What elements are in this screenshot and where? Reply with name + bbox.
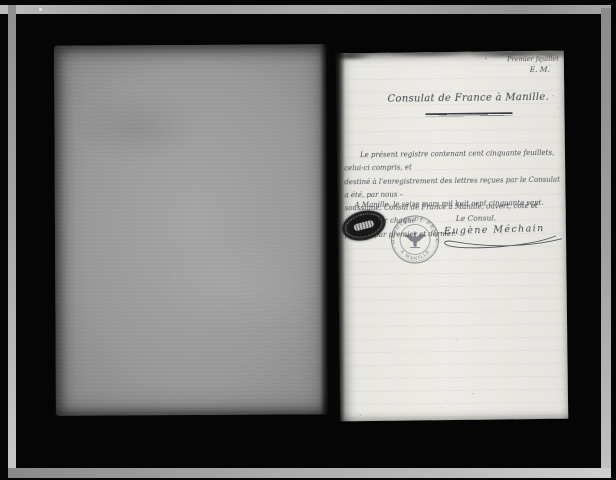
right-register-page: Premier feuillet E. M. Consulat de Franc… <box>336 51 568 422</box>
signature-flourish-icon <box>436 232 568 254</box>
consulate-seal-stamp: CONSULAT DE FRANCE * A MANILLE * <box>386 210 445 269</box>
scan-frame-right <box>601 8 611 477</box>
corner-annotation: Premier feuillet E. M. <box>507 55 559 75</box>
corner-annotation-initials: E. M. <box>507 66 559 75</box>
imperial-eagle-icon <box>403 231 426 248</box>
page-title: Consulat de France à Manille. <box>372 92 564 105</box>
microfilm-scan: Premier feuillet E. M. Consulat de Franc… <box>0 0 616 480</box>
corner-annotation-text: Premier feuillet <box>507 55 559 64</box>
body-line: Le présent registre contenant cent cinqu… <box>344 147 562 176</box>
left-blank-page <box>54 44 328 415</box>
scan-frame-bottom <box>8 468 611 478</box>
dust-speck <box>39 8 42 11</box>
book-gutter <box>320 42 345 422</box>
signoff-line: Le Consul. <box>456 213 496 222</box>
scan-frame-left <box>8 5 16 477</box>
scan-frame-top <box>0 5 611 14</box>
